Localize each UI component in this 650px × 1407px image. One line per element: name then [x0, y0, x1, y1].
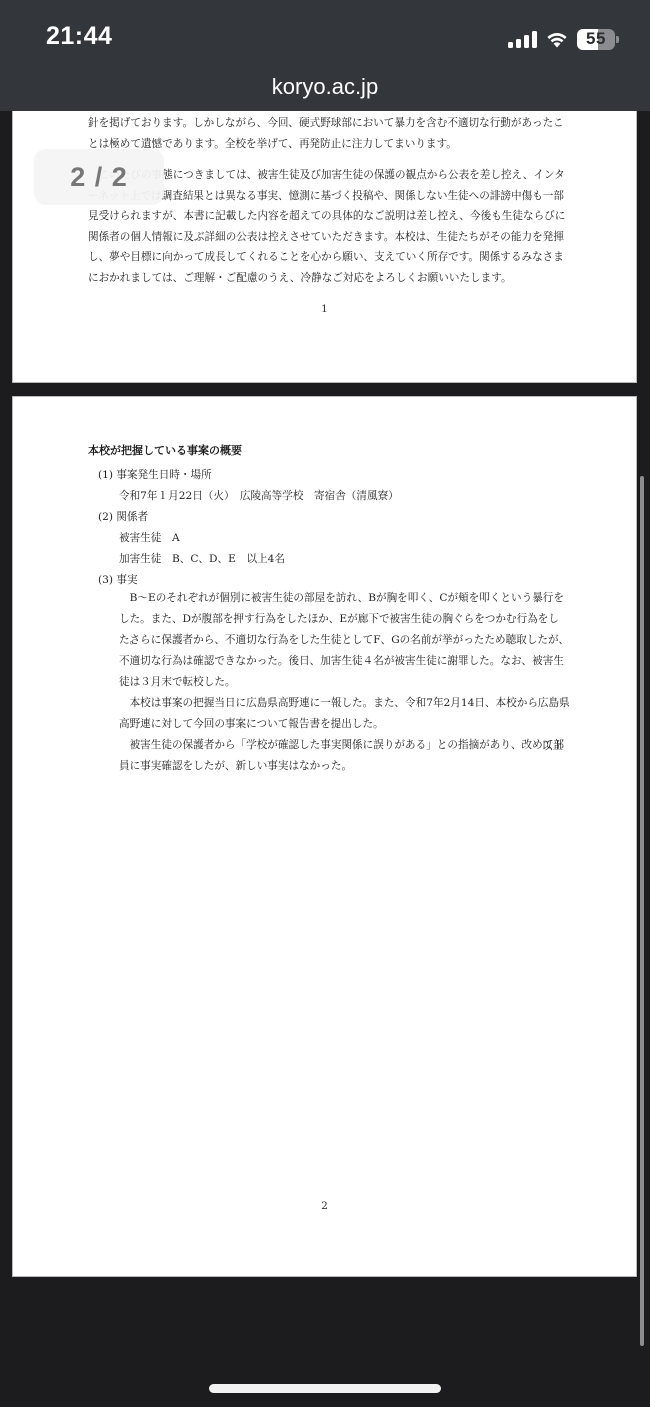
wifi-icon	[545, 30, 569, 48]
section-label: (2) 関係者	[98, 509, 148, 524]
status-time: 21:44	[46, 22, 112, 51]
status-icons: 55	[508, 28, 619, 50]
section-label: (1) 事案発生日時・場所	[98, 467, 212, 482]
home-indicator[interactable]	[209, 1384, 441, 1393]
page-indicator-badge: 2 / 2	[34, 149, 164, 205]
section-label: (3) 事実	[98, 572, 138, 587]
address-bar-url[interactable]: koryo.ac.jp	[0, 74, 650, 100]
fact-paragraph: さらに保護者から、不適切な行為をした生徒としてF、Gの名前が挙がったため聴取した…	[119, 630, 571, 692]
section-line: 令和7年１月22日（火） 広陵高等学校 寄宿舎（清風寮）	[119, 488, 399, 503]
page-number: 1	[13, 303, 636, 315]
page1-paragraph-1: 針を掲げております。しかしながら、今回、硬式野球部において暴力を含む不適切な行動…	[88, 113, 566, 154]
browser-top-bar: 21:44 55 koryo.ac.jp	[0, 0, 650, 111]
section-line: 加害生徒 B、C、D、E 以上4名	[119, 551, 285, 566]
section-heading: 本校が把握している事案の概要	[88, 442, 242, 458]
battery-level: 55	[586, 29, 606, 49]
closing-mark: 以上	[542, 738, 563, 753]
vertical-scrollbar[interactable]	[640, 476, 644, 1346]
page-number: 2	[13, 1200, 636, 1212]
section-line: 被害生徒 A	[119, 530, 180, 545]
battery-icon: 55	[577, 29, 615, 50]
fact-paragraph: 本校は事案の把握当日に広島県高野連に一報した。また、令和7年2月14日、本校から…	[119, 693, 571, 735]
pdf-viewer[interactable]: 針を掲げております。しかしながら、今回、硬式野球部において暴力を含む不適切な行動…	[0, 111, 650, 1407]
fact-paragraph: 被害生徒の保護者から「学校が確認した事実関係に誤りがある」との指摘があり、改めて…	[119, 735, 571, 777]
signal-icon	[508, 31, 537, 48]
pdf-page-2: 本校が把握している事案の概要 (1) 事案発生日時・場所 令和7年１月22日（火…	[12, 396, 637, 1277]
